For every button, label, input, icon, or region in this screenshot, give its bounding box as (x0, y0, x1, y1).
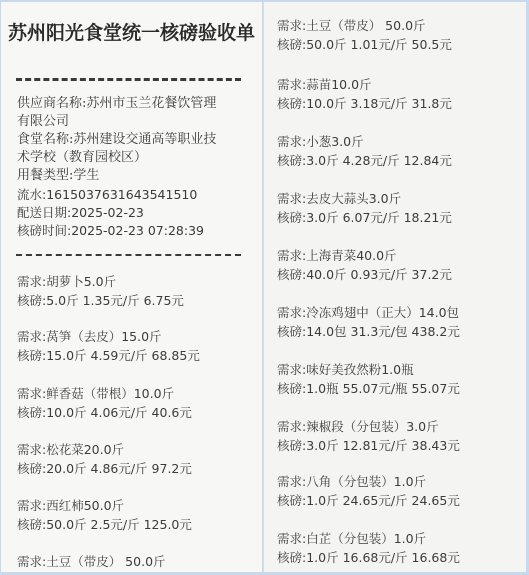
item-request: 需求:去皮大蒜头3.0斤 (277, 189, 452, 208)
line-item: 需求:西红柿50.0斤 核磅:50.0斤 2.5元/斤 125.0元 (17, 496, 192, 534)
item-weigh-check: 核磅:10.0斤 4.06元/斤 40.6元 (17, 403, 192, 422)
item-request: 需求:土豆（带皮） 50.0斤 (277, 16, 452, 35)
weigh-time: 核磅时间:2025-02-23 07:28:39 (17, 222, 204, 240)
canteen-name: 食堂名称:苏州建设交通高等职业技 (17, 131, 216, 149)
item-request: 需求:辣椒段（分包装）3.0斤 (277, 417, 460, 436)
item-request: 需求:味好美孜然粉1.0瓶 (277, 360, 460, 379)
serial-number: 流水:1615037631643541510 (17, 186, 197, 204)
item-weigh-check: 核磅:15.0斤 4.59元/斤 68.85元 (17, 346, 200, 365)
item-weigh-check: 核磅:40.0斤 0.93元/斤 37.2元 (277, 265, 452, 284)
item-weigh-check: 核磅:50.0斤 2.5元/斤 125.0元 (17, 515, 192, 534)
line-item: 需求:辣椒段（分包装）3.0斤 核磅:3.0斤 12.81元/斤 38.43元 (277, 417, 460, 455)
line-item: 需求:松花菜20.0斤 核磅:20.0斤 4.86元/斤 97.2元 (17, 440, 192, 478)
supplier-name-cont: 有限公司 (17, 113, 69, 131)
item-weigh-check: 核磅:20.0斤 4.86元/斤 97.2元 (17, 459, 192, 478)
item-weigh-check: 核磅:1.0斤 24.65元/斤 24.65元 (277, 491, 460, 510)
item-weigh-check: 核磅:50.0斤 1.01元/斤 50.5元 (277, 35, 452, 54)
receipt-title: 苏州阳光食堂统一核磅验收单 (1, 18, 262, 45)
item-weigh-check: 核磅:3.0斤 6.07元/斤 18.21元 (277, 208, 452, 227)
item-request: 需求:胡萝卜5.0斤 (17, 272, 184, 291)
line-item: 需求:土豆（带皮） 50.0斤 (17, 552, 166, 571)
receipt-left-panel: 苏州阳光食堂统一核磅验收单 供应商名称:苏州市玉兰花餐饮管理 有限公司 食堂名称… (1, 2, 262, 572)
item-request: 需求:上海青菜40.0斤 (277, 246, 452, 265)
line-item: 需求:胡萝卜5.0斤 核磅:5.0斤 1.35元/斤 6.75元 (17, 272, 184, 310)
line-item: 需求:上海青菜40.0斤 核磅:40.0斤 0.93元/斤 37.2元 (277, 246, 452, 284)
item-request: 需求:莴笋（去皮）15.0斤 (17, 327, 200, 346)
item-request: 需求:冷冻鸡翅中（正大）14.0包 (277, 303, 460, 322)
item-weigh-check: 核磅:3.0斤 4.28元/斤 12.84元 (277, 151, 452, 170)
line-item: 需求:去皮大蒜头3.0斤 核磅:3.0斤 6.07元/斤 18.21元 (277, 189, 452, 227)
item-weigh-check: 核磅:1.0瓶 55.07元/瓶 55.07元 (277, 379, 460, 398)
line-item: 需求:味好美孜然粉1.0瓶 核磅:1.0瓶 55.07元/瓶 55.07元 (277, 360, 460, 398)
item-request: 需求:白芷（分包装）1.0斤 (277, 529, 460, 548)
delivery-date: 配送日期:2025-02-23 (17, 204, 144, 222)
meal-type: 用餐类型:学生 (17, 167, 99, 185)
receipt-right-panel: 需求:土豆（带皮） 50.0斤 核磅:50.0斤 1.01元/斤 50.5元 需… (263, 2, 526, 572)
divider-top (16, 78, 241, 81)
item-weigh-check: 核磅:1.0斤 16.68元/斤 16.68元 (277, 548, 460, 567)
supplier-name: 供应商名称:苏州市玉兰花餐饮管理 (17, 95, 216, 113)
item-weigh-check: 核磅:14.0包 31.3元/包 438.2元 (277, 322, 460, 341)
item-weigh-check: 核磅:10.0斤 3.18元/斤 31.8元 (277, 94, 452, 113)
item-weigh-check: 核磅:5.0斤 1.35元/斤 6.75元 (17, 291, 184, 310)
item-request: 需求:鲜香菇（带根）10.0斤 (17, 384, 192, 403)
line-item: 需求:莴笋（去皮）15.0斤 核磅:15.0斤 4.59元/斤 68.85元 (17, 327, 200, 365)
receipt-image-frame: 苏州阳光食堂统一核磅验收单 供应商名称:苏州市玉兰花餐饮管理 有限公司 食堂名称… (0, 0, 529, 575)
item-request: 需求:西红柿50.0斤 (17, 496, 192, 515)
item-weigh-check: 核磅:3.0斤 12.81元/斤 38.43元 (277, 436, 460, 455)
canteen-name-cont: 术学校（教育园校区） (17, 149, 147, 167)
item-request: 需求:八角（分包装）1.0斤 (277, 472, 460, 491)
line-item: 需求:八角（分包装）1.0斤 核磅:1.0斤 24.65元/斤 24.65元 (277, 472, 460, 510)
line-item: 需求:土豆（带皮） 50.0斤 核磅:50.0斤 1.01元/斤 50.5元 (277, 16, 452, 54)
line-item: 需求:鲜香菇（带根）10.0斤 核磅:10.0斤 4.06元/斤 40.6元 (17, 384, 192, 422)
item-request: 需求:小葱3.0斤 (277, 132, 452, 151)
line-item: 需求:冷冻鸡翅中（正大）14.0包 核磅:14.0包 31.3元/包 438.2… (277, 303, 460, 341)
item-request: 需求:松花菜20.0斤 (17, 440, 192, 459)
item-request: 需求:蒜苗10.0斤 (277, 75, 452, 94)
item-request: 需求:土豆（带皮） 50.0斤 (17, 552, 166, 571)
line-item: 需求:蒜苗10.0斤 核磅:10.0斤 3.18元/斤 31.8元 (277, 75, 452, 113)
line-item: 需求:小葱3.0斤 核磅:3.0斤 4.28元/斤 12.84元 (277, 132, 452, 170)
divider-items (16, 254, 241, 256)
line-item: 需求:白芷（分包装）1.0斤 核磅:1.0斤 16.68元/斤 16.68元 (277, 529, 460, 567)
